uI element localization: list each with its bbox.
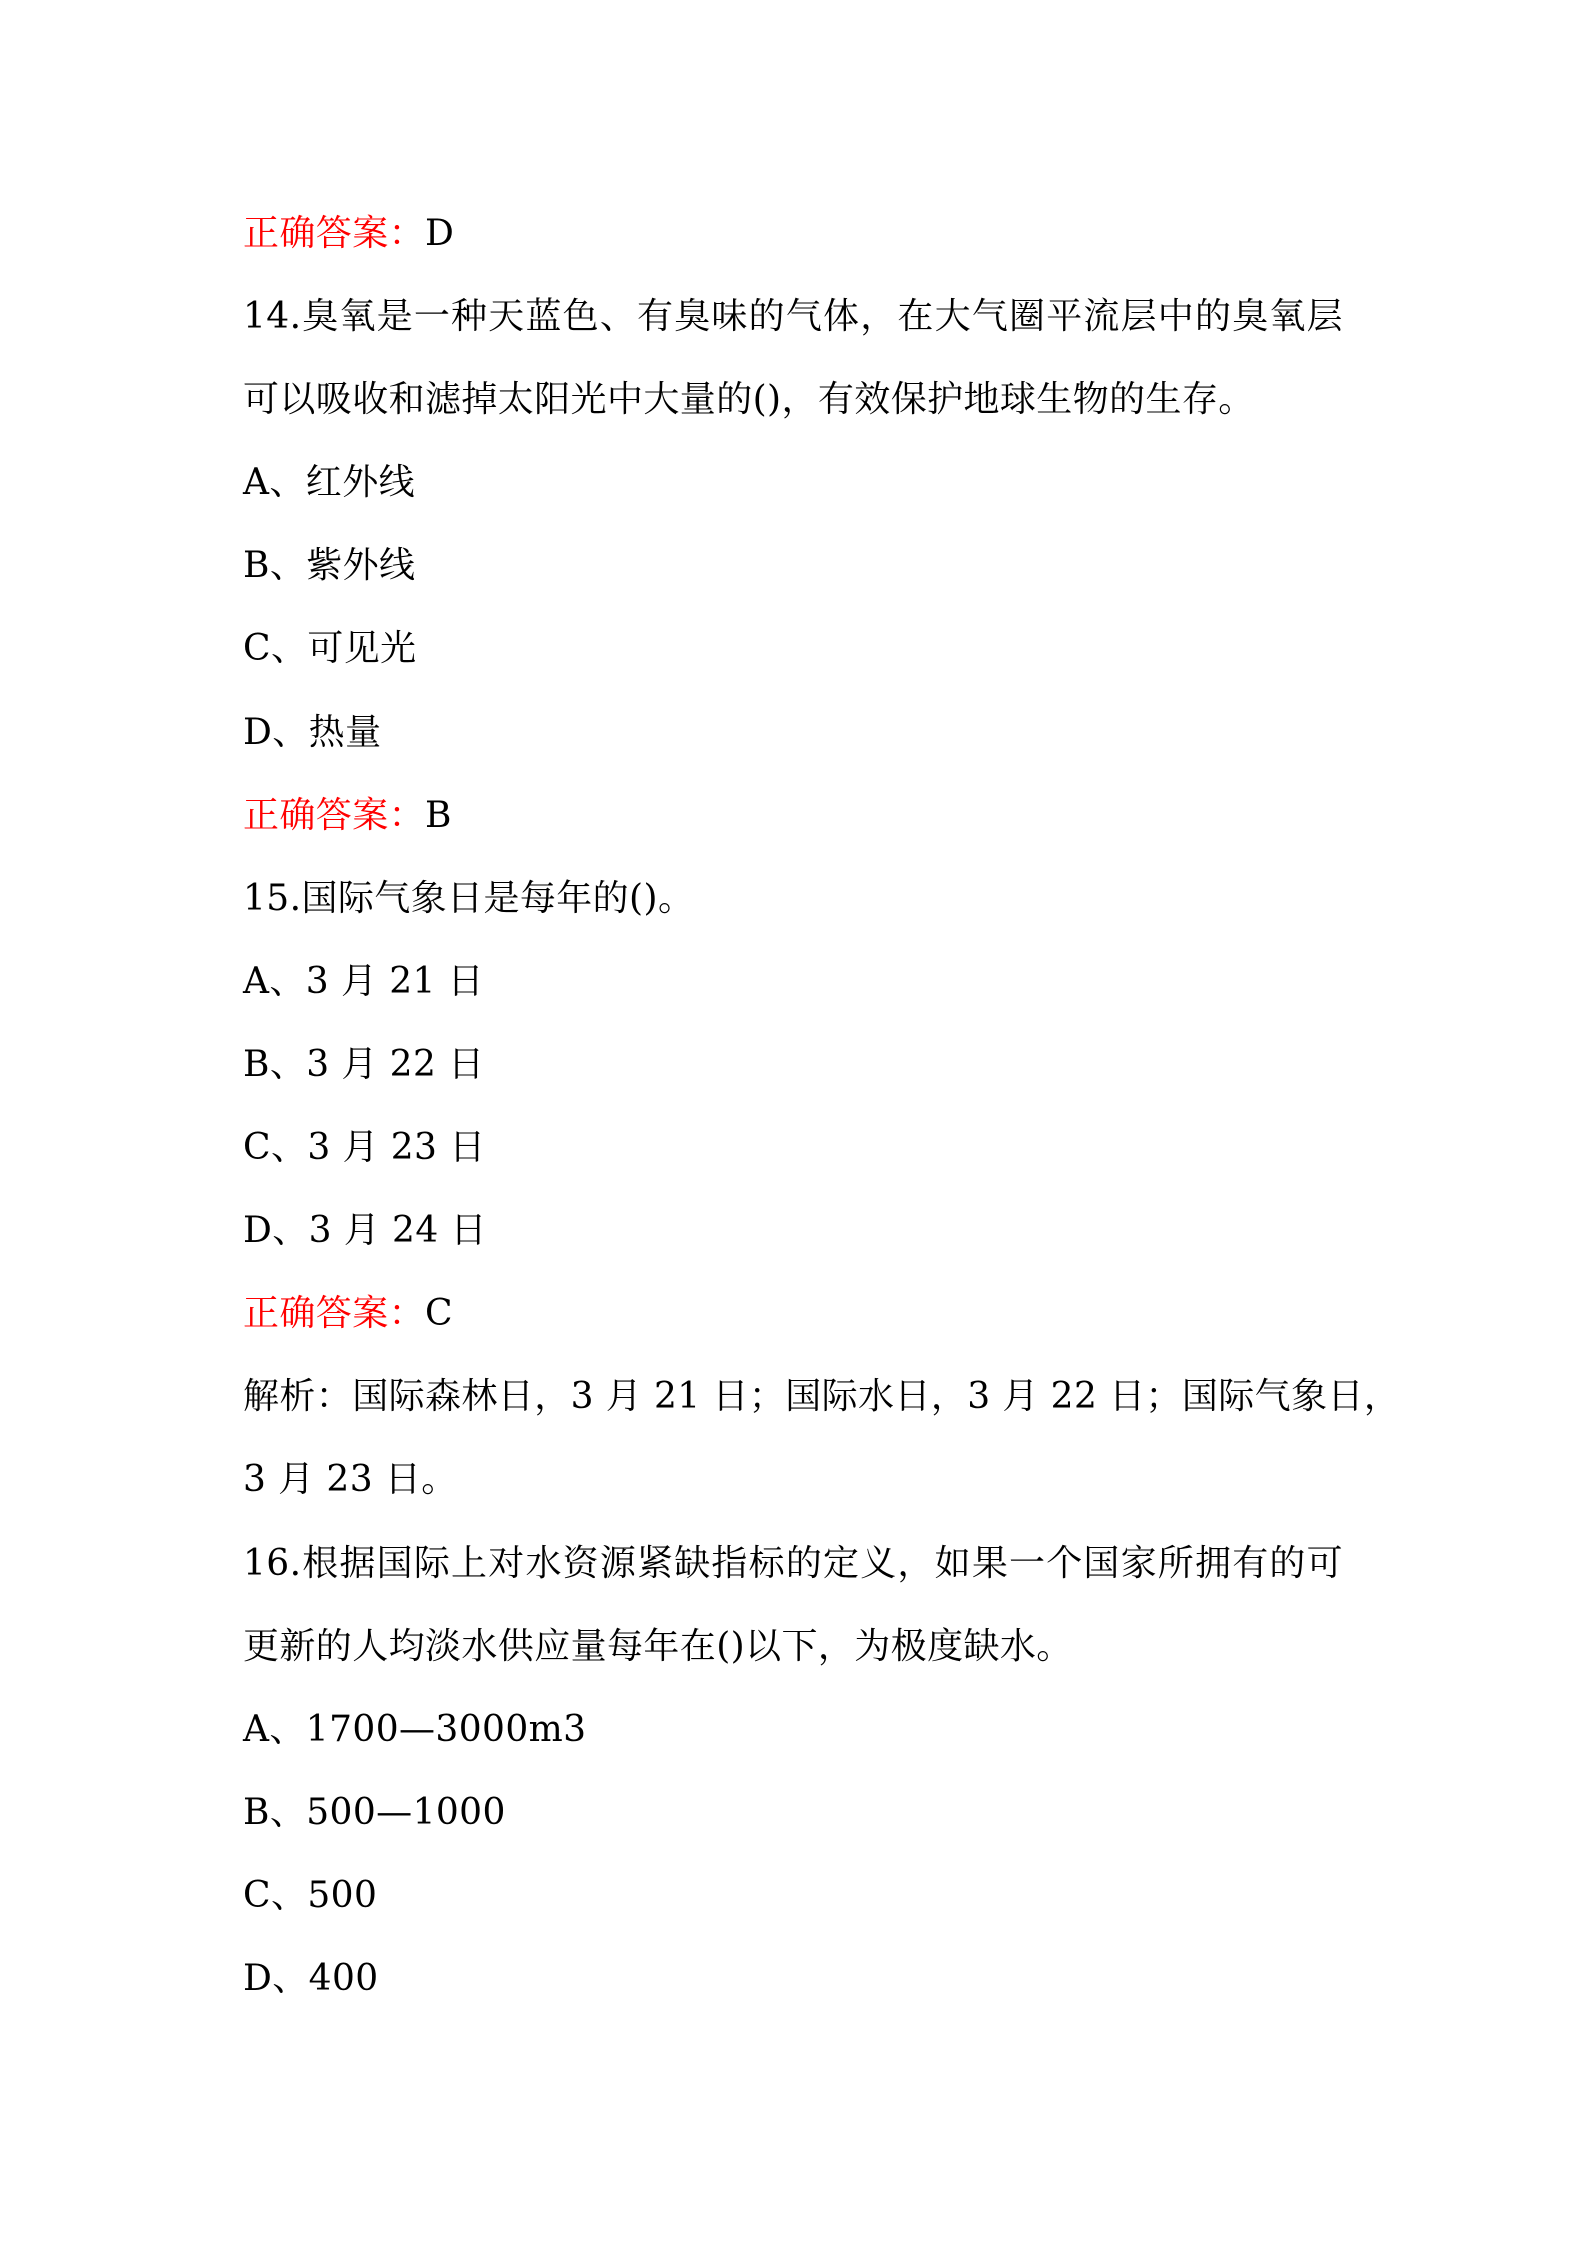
question-15-option-b: B、3 月 22 日 <box>243 1023 1353 1106</box>
question-15-analysis-line-2: 3 月 23 日。 <box>243 1438 1353 1521</box>
question-14-option-b: B、紫外线 <box>243 524 1353 607</box>
question-15-text-line-1: 15.国际气象日是每年的()。 <box>243 857 1353 940</box>
question-14-text-line-2: 可以吸收和滤掉太阳光中大量的()，有效保护地球生物的生存。 <box>243 358 1353 441</box>
question-14-option-c: C、可见光 <box>243 607 1353 690</box>
question-16-option-b: B、500—1000 <box>243 1771 1353 1854</box>
question-16-option-d: D、400 <box>243 1937 1353 2020</box>
answer-line-q14: 正确答案：B <box>243 774 1353 857</box>
correct-answer-label: 正确答案： <box>243 1293 425 1334</box>
question-15-option-a: A、3 月 21 日 <box>243 940 1353 1023</box>
document-content: 正确答案：D 14.臭氧是一种天蓝色、有臭味的气体，在大气圈平流层中的臭氧层 可… <box>243 192 1353 2020</box>
correct-answer-label: 正确答案： <box>243 795 425 836</box>
question-14-text-line-1: 14.臭氧是一种天蓝色、有臭味的气体，在大气圈平流层中的臭氧层 <box>243 275 1343 358</box>
question-15-option-d: D、3 月 24 日 <box>243 1189 1353 1272</box>
answer-line-q15: 正确答案：C <box>243 1272 1353 1355</box>
question-14-option-a: A、红外线 <box>243 441 1353 524</box>
question-16-option-c: C、500 <box>243 1854 1353 1937</box>
correct-answer-value: C <box>425 1293 453 1334</box>
correct-answer-value: D <box>425 213 454 254</box>
question-16-option-a: A、1700—3000m3 <box>243 1688 1353 1771</box>
question-16-text-line-2: 更新的人均淡水供应量每年在()以下，为极度缺水。 <box>243 1605 1353 1688</box>
correct-answer-value: B <box>425 795 452 836</box>
correct-answer-label: 正确答案： <box>243 213 425 254</box>
document-page: 正确答案：D 14.臭氧是一种天蓝色、有臭味的气体，在大气圈平流层中的臭氧层 可… <box>0 0 1587 2245</box>
question-15-analysis-line-1: 解析：国际森林日，3 月 21 日；国际水日，3 月 22 日；国际气象日， <box>243 1355 1343 1438</box>
question-14-option-d: D、热量 <box>243 691 1353 774</box>
question-16-text-line-1: 16.根据国际上对水资源紧缺指标的定义，如果一个国家所拥有的可 <box>243 1522 1343 1605</box>
question-15-option-c: C、3 月 23 日 <box>243 1106 1353 1189</box>
answer-line-q13: 正确答案：D <box>243 192 1353 275</box>
